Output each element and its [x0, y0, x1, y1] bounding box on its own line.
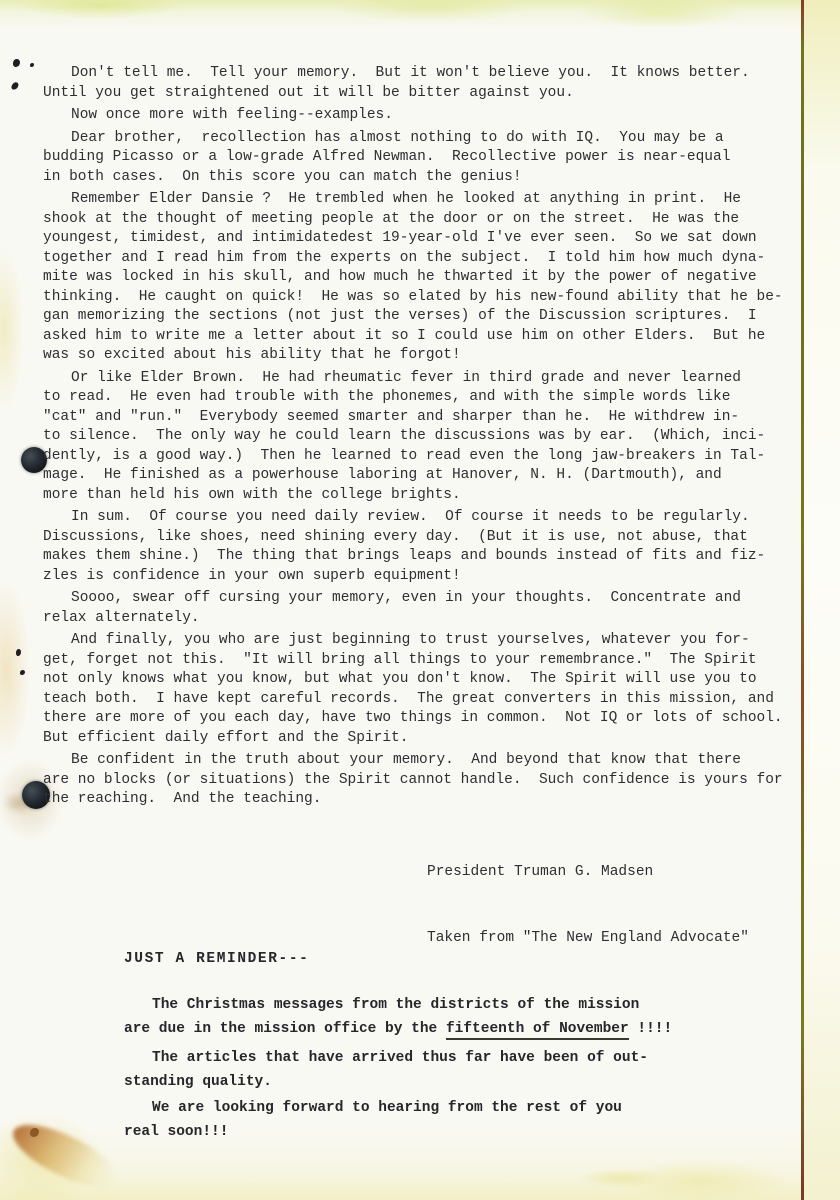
- body-paragraph-4: Remember Elder Dansie ? He trembled when…: [43, 190, 793, 366]
- page-right-margin-strip: [804, 0, 840, 1200]
- body-paragraph-9: Be confident in the truth about your mem…: [43, 751, 793, 810]
- ink-speck: [20, 670, 25, 675]
- scanned-letter-page: Don't tell me. Tell your memory. But it …: [0, 0, 840, 1200]
- body-paragraph-6: In sum. Of course you need daily review.…: [43, 508, 793, 586]
- body-paragraph-8: And finally, you who are just beginning …: [43, 631, 793, 748]
- ink-speck: [30, 63, 34, 67]
- reminder-heading: JUST A REMINDER---: [124, 949, 724, 969]
- reminder-closing-paragraph: We are looking forward to hearing from t…: [124, 1096, 724, 1144]
- letter-body: Don't tell me. Tell your memory. But it …: [43, 64, 793, 813]
- body-paragraph-3: Dear brother, recollection has almost no…: [43, 129, 793, 188]
- body-paragraph-2: Now once more with feeling--examples.: [43, 106, 793, 126]
- body-paragraph-7: Soooo, swear off cursing your memory, ev…: [43, 589, 793, 628]
- page-edge-binding-line: [801, 0, 804, 1200]
- body-paragraph-1: Don't tell me. Tell your memory. But it …: [43, 64, 793, 103]
- reminder-deadline-paragraph: The Christmas messages from the district…: [124, 993, 724, 1041]
- body-paragraph-5: Or like Elder Brown. He had rheumatic fe…: [43, 369, 793, 506]
- corner-stain: [5, 1113, 126, 1199]
- reminder-section: JUST A REMINDER--- The Christmas message…: [124, 949, 724, 1144]
- signature-source: Taken from "The New England Advocate": [427, 927, 749, 949]
- reminder-deadline-exclaims: !!!!: [629, 1021, 673, 1037]
- signature-author: President Truman G. Madsen: [427, 861, 749, 883]
- underlined-deadline-date: fifteenth of November: [446, 1021, 629, 1040]
- ink-speck: [13, 59, 20, 67]
- ink-speck: [10, 81, 19, 91]
- ink-speck: [16, 649, 21, 656]
- reminder-quality-paragraph: The articles that have arrived thus far …: [124, 1046, 724, 1094]
